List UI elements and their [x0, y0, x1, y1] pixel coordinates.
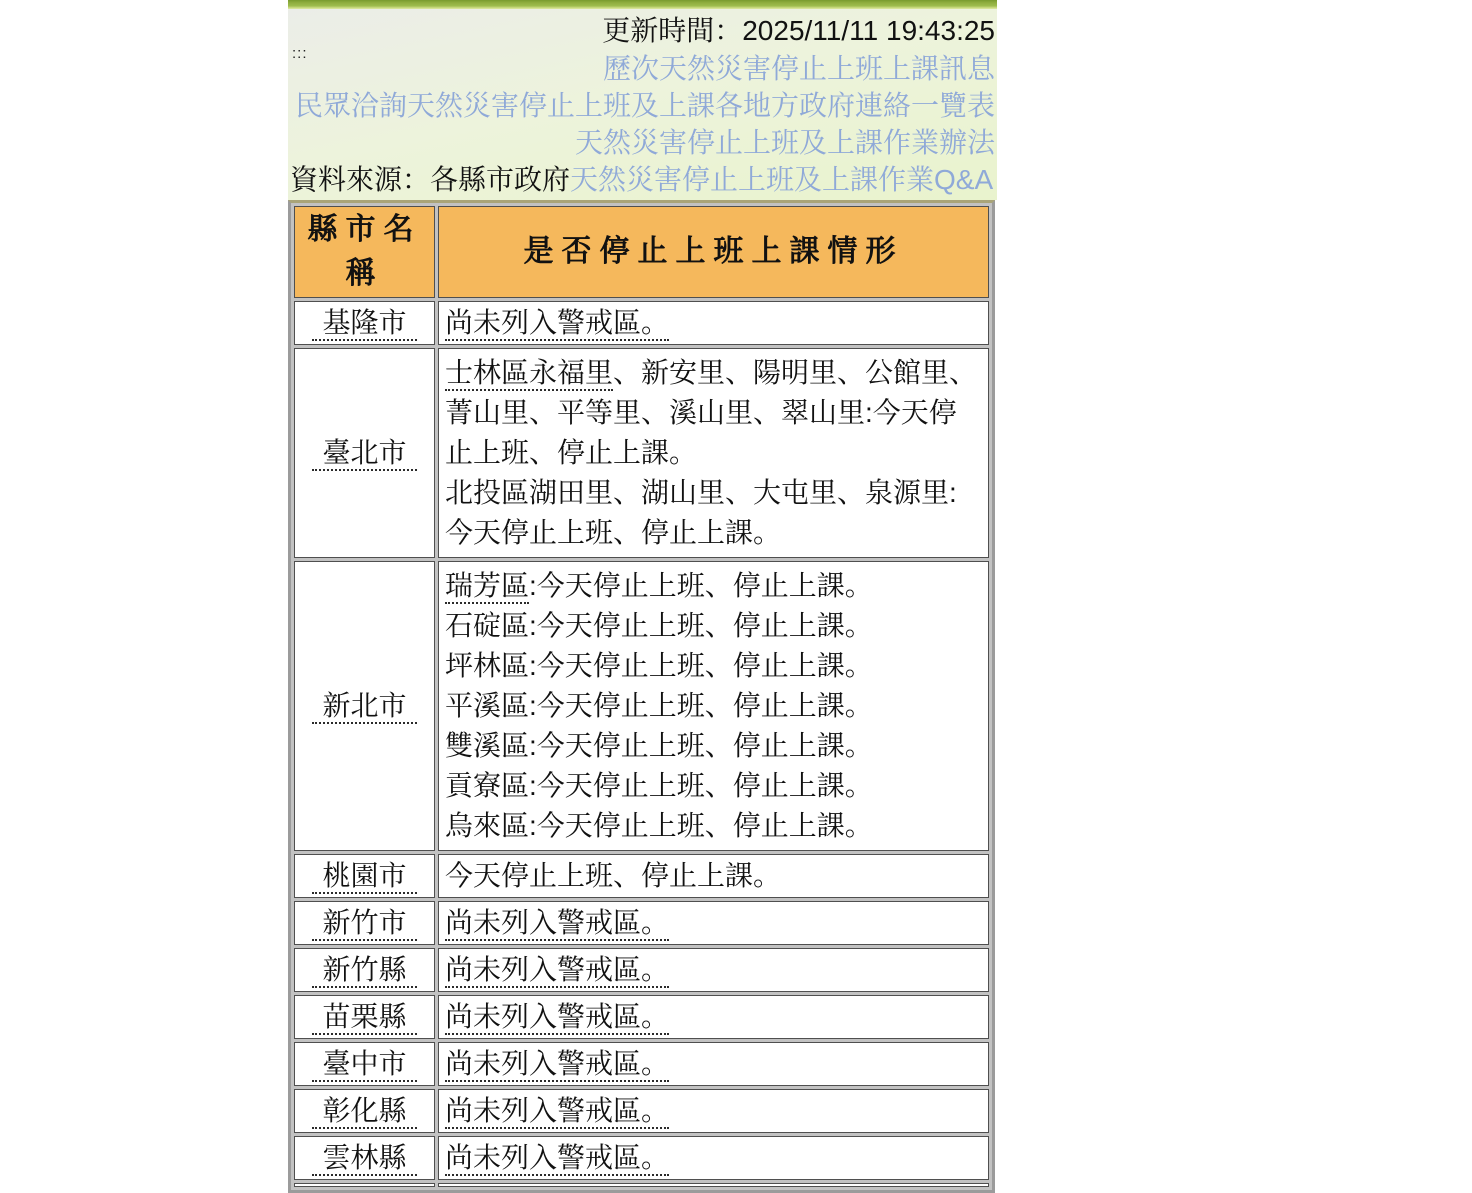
status-cell: 瑞芳區:今天停止上班、停止上課。石碇區:今天停止上班、停止上課。坪林區:今天停止… — [438, 561, 989, 851]
tooltip-term: 尚未列入警戒區。 — [445, 1142, 669, 1176]
quick-links: 歷次天然災害停止上班上課訊息 民眾洽詢天然災害停止上班及上課各地方政府連絡一覽表… — [290, 50, 995, 161]
table-row: 桃園市今天停止上班、停止上課。 — [294, 854, 989, 898]
status-line: 平溪區:今天停止上班、停止上課。 — [445, 686, 984, 726]
status-line: 尚未列入警戒區。 — [445, 1091, 984, 1131]
status-line: 石碇區:今天停止上班、停止上課。 — [445, 606, 984, 646]
city-cell: 臺中市 — [294, 1042, 435, 1086]
status-cell: 尚未列入警戒區。 — [438, 1042, 989, 1086]
source-line: 資料來源：各縣市政府天然災害停止上班及上課作業Q&A — [290, 161, 995, 200]
tooltip-term: 尚未列入警戒區。 — [445, 1001, 669, 1035]
city-name: 苗栗縣 — [312, 1001, 416, 1035]
status-line: 尚未列入警戒區。 — [445, 1138, 984, 1178]
tooltip-term: 尚未列入警戒區。 — [445, 307, 669, 341]
link-suspension-rules[interactable]: 天然災害停止上班及上課作業辦法 — [290, 124, 995, 161]
link-history-suspensions[interactable]: 歷次天然災害停止上班上課訊息 — [290, 50, 995, 87]
table-row: 新竹縣尚未列入警戒區。 — [294, 948, 989, 992]
status-cell: 尚未列入警戒區。 — [438, 901, 989, 945]
status-text: 雙溪區:今天停止上班、停止上課。 — [445, 730, 873, 761]
status-text: 坪林區:今天停止上班、停止上課。 — [445, 650, 873, 681]
status-line: 烏來區:今天停止上班、停止上課。 — [445, 806, 984, 846]
status-line: 北投區湖田里、湖山里、大屯里、泉源里:今天停止上班、停止上課。 — [445, 473, 984, 553]
city-cell: 彰化縣 — [294, 1089, 435, 1133]
city-name: 新北市 — [312, 690, 416, 724]
city-name: 基隆市 — [312, 307, 416, 341]
tooltip-term: 尚未列入警戒區。 — [445, 907, 669, 941]
tooltip-term: 尚未列入警戒區。 — [445, 1095, 669, 1129]
city-cell: 基隆市 — [294, 301, 435, 345]
status-line: 雙溪區:今天停止上班、停止上課。 — [445, 726, 984, 766]
table-header-city: 縣市名稱 — [294, 206, 435, 298]
city-name: 雲林縣 — [312, 1142, 416, 1176]
link-local-gov-contacts[interactable]: 民眾洽詢天然災害停止上班及上課各地方政府連絡一覽表 — [290, 87, 995, 124]
table-header-status: 是否停止上班上課情形 — [438, 206, 989, 298]
status-text: :今天停止上班、停止上課。 — [529, 570, 873, 601]
status-cell: 尚未列入警戒區。 — [438, 995, 989, 1039]
status-text: 今天停止上班、停止上課。 — [445, 860, 781, 891]
page-content: ::: 更新時間：2025/11/11 19:43:25 歷次天然災害停止上班上… — [288, 0, 997, 1180]
status-text: 烏來區:今天停止上班、停止上課。 — [445, 810, 873, 841]
status-text: 貢寮區:今天停止上班、停止上課。 — [445, 770, 873, 801]
city-name: 新竹縣 — [312, 954, 416, 988]
update-time: 更新時間：2025/11/11 19:43:25 — [290, 12, 995, 50]
table-row: 雲林縣尚未列入警戒區。 — [294, 1136, 989, 1180]
city-name: 桃園市 — [312, 860, 416, 894]
status-text: 平溪區:今天停止上班、停止上課。 — [445, 690, 873, 721]
table-row: 彰化縣尚未列入警戒區。 — [294, 1089, 989, 1133]
city-cell: 桃園市 — [294, 854, 435, 898]
status-line: 今天停止上班、停止上課。 — [445, 856, 984, 896]
status-cell: 士林區永福里、新安里、陽明里、公館里、菁山里、平等里、溪山里、翠山里:今天停止上… — [438, 348, 989, 558]
tooltip-term: 尚未列入警戒區。 — [445, 954, 669, 988]
status-cell: 尚未列入警戒區。 — [438, 1136, 989, 1180]
city-cell: 雲林縣 — [294, 1136, 435, 1180]
city-name: 新竹市 — [312, 907, 416, 941]
status-cell: 今天停止上班、停止上課。 — [438, 854, 989, 898]
city-name: 臺北市 — [312, 437, 416, 471]
table-row: 臺中市尚未列入警戒區。 — [294, 1042, 989, 1086]
status-text: 石碇區:今天停止上班、停止上課。 — [445, 610, 873, 641]
tooltip-term: 士林區永福里 — [445, 357, 613, 391]
page-header: ::: 更新時間：2025/11/11 19:43:25 歷次天然災害停止上班上… — [288, 9, 997, 200]
city-cell: 臺北市 — [294, 348, 435, 558]
status-line: 尚未列入警戒區。 — [445, 1044, 984, 1084]
status-line: 坪林區:今天停止上班、停止上課。 — [445, 646, 984, 686]
status-cell: 尚未列入警戒區。 — [438, 301, 989, 345]
status-line: 尚未列入警戒區。 — [445, 303, 984, 343]
suspension-table: 縣市名稱 是否停止上班上課情形 基隆市尚未列入警戒區。臺北市士林區永福里、新安里… — [288, 200, 995, 1180]
table-row: 基隆市尚未列入警戒區。 — [294, 301, 989, 345]
status-line: 尚未列入警戒區。 — [445, 903, 984, 943]
status-text: 北投區湖田里、湖山里、大屯里、泉源里:今天停止上班、停止上課。 — [445, 477, 957, 548]
city-cell: 新竹市 — [294, 901, 435, 945]
status-line: 瑞芳區:今天停止上班、停止上課。 — [445, 566, 984, 606]
link-suspension-qa[interactable]: 天然災害停止上班及上課作業Q&A — [570, 164, 993, 195]
skip-navigation-anchor[interactable]: ::: — [292, 45, 308, 62]
table-row: 新北市瑞芳區:今天停止上班、停止上課。石碇區:今天停止上班、停止上課。坪林區:今… — [294, 561, 989, 851]
table-header-row: 縣市名稱 是否停止上班上課情形 — [294, 206, 989, 298]
top-green-bar — [288, 0, 997, 9]
status-line: 貢寮區:今天停止上班、停止上課。 — [445, 766, 984, 806]
table-row: 苗栗縣尚未列入警戒區。 — [294, 995, 989, 1039]
table-row: 臺北市士林區永福里、新安里、陽明里、公館里、菁山里、平等里、溪山里、翠山里:今天… — [294, 348, 989, 558]
city-name: 彰化縣 — [312, 1095, 416, 1129]
city-cell: 苗栗縣 — [294, 995, 435, 1039]
status-cell: 尚未列入警戒區。 — [438, 1089, 989, 1133]
status-line: 士林區永福里、新安里、陽明里、公館里、菁山里、平等里、溪山里、翠山里:今天停止上… — [445, 353, 984, 473]
tooltip-term: 尚未列入警戒區。 — [445, 1048, 669, 1082]
status-line: 尚未列入警戒區。 — [445, 997, 984, 1037]
city-cell: 新北市 — [294, 561, 435, 851]
status-cell: 尚未列入警戒區。 — [438, 948, 989, 992]
source-label: 資料來源：各縣市政府 — [290, 164, 570, 195]
status-line: 尚未列入警戒區。 — [445, 950, 984, 990]
table-row: 新竹市尚未列入警戒區。 — [294, 901, 989, 945]
tooltip-term: 瑞芳區 — [445, 570, 529, 604]
city-cell: 新竹縣 — [294, 948, 435, 992]
city-name: 臺中市 — [312, 1048, 416, 1082]
